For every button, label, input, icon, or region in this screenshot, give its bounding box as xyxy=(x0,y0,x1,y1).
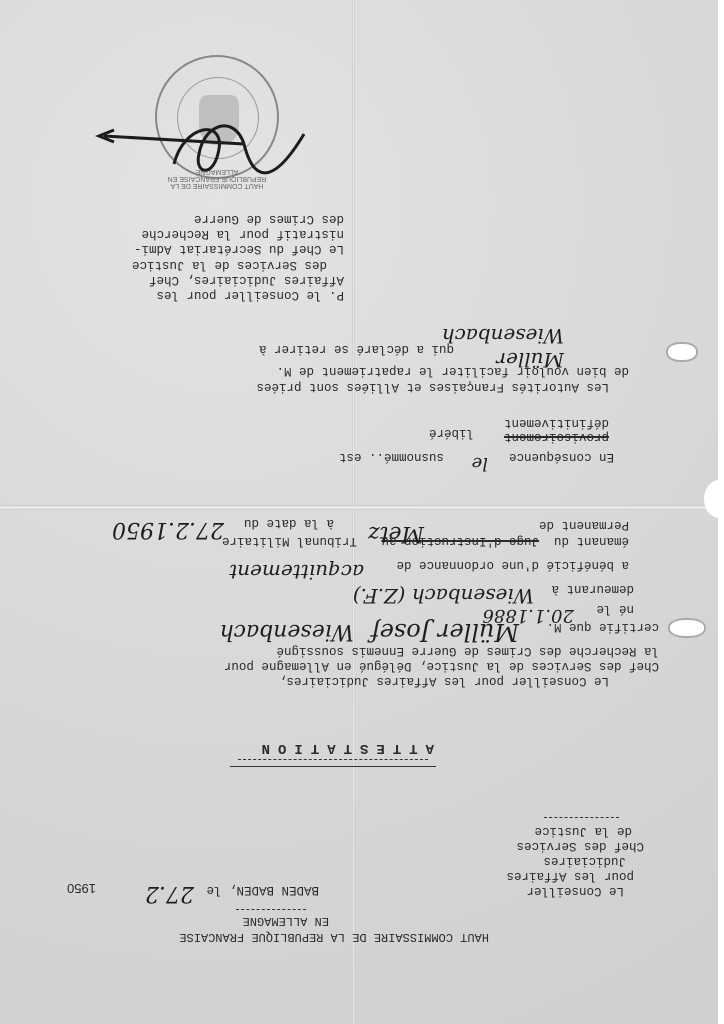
signature-line: Affaires Judiciaires, Chef xyxy=(149,273,344,287)
document-title: ATTESTATION xyxy=(254,740,434,756)
emanant-label: émanant du xyxy=(554,534,629,548)
intro-line-3: la Recherche des Crimes de Guerre Ennemi… xyxy=(276,644,659,658)
sender-line: pour les Affaires xyxy=(506,869,634,883)
libere-label: libéré xyxy=(429,426,474,440)
definitivement-label: définitivement xyxy=(504,416,609,430)
ordonnance-label: a bénéficié d'une ordonnance de xyxy=(396,558,629,572)
autorites-line-2: de bien vouloir faciliter le rapatriemen… xyxy=(276,364,629,378)
intro-line-1: Le Conseiller pour les Affaires Judiciai… xyxy=(279,674,609,688)
document-content-rotated: HAUT COMMISSAIRE DE LA REPUBLIQUE FRANCA… xyxy=(0,0,724,1024)
header-line-2: EN ALLEMAGNE xyxy=(243,914,329,928)
demeurant-label: demeurant à xyxy=(551,582,634,596)
consequence-label: En conséquence xyxy=(509,450,614,464)
year: 1950 xyxy=(67,881,96,896)
header-underline xyxy=(236,909,306,910)
signature-line: des Crimes de Guerre xyxy=(194,212,344,226)
sender-line: Le Conseiller xyxy=(526,884,624,898)
handwritten-decision-date: 27.2.1950 xyxy=(112,517,224,542)
place-label: BADEN BADEN, le xyxy=(206,883,319,897)
sender-line: Chef des Services xyxy=(516,839,644,853)
handwritten-destination: Wiesenbach xyxy=(442,324,564,348)
scanned-document-page: HAUT COMMISSAIRE DE LA REPUBLIQUE FRANCA… xyxy=(0,0,724,1024)
signature-line: P. le Conseiller pour les xyxy=(156,288,344,302)
ne-le-label: né le xyxy=(596,602,634,616)
handwritten-ordonnance: acquittement xyxy=(229,560,364,584)
susnomme-label: susnommé.. est xyxy=(339,450,444,464)
tribunal-label: Tribunal Militaire xyxy=(222,534,357,548)
struck-provisoirement: provisoirement xyxy=(504,430,609,444)
handwritten-article: le xyxy=(472,453,488,474)
sender-line: de la Justice xyxy=(534,824,632,838)
intro-line-2: Chef des Services de la Justice, Délégué… xyxy=(224,659,659,673)
sender-line: Judiciaires xyxy=(543,854,626,868)
sender-underline xyxy=(544,817,619,818)
title-dash xyxy=(238,759,428,760)
signature-line: des Services de la Justice xyxy=(132,258,327,272)
permanent-label: Permanent de xyxy=(539,518,629,532)
autorites-line-1: Les Autorités Françaises et Alliées sont… xyxy=(256,380,609,394)
signature-line: nistratif pour la Recherche xyxy=(141,227,344,241)
signature-line: Le Chef du Secrétariat Admi- xyxy=(134,242,344,256)
handwritten-name-2: Müller xyxy=(496,348,564,372)
declare-label: qui a déclaré se retirer à xyxy=(259,342,454,356)
handwritten-date: 27.2 xyxy=(145,881,194,906)
handwritten-residence: Wiesenbach (Z.F.) xyxy=(353,584,534,608)
date-label: à la date du xyxy=(244,516,334,530)
handwritten-signature xyxy=(84,104,314,194)
handwritten-place-of-birth: Wiesenbach xyxy=(220,619,354,644)
header-line-1: HAUT COMMISSAIRE DE LA REPUBLIQUE FRANCA… xyxy=(179,930,489,944)
handwritten-city: Metz xyxy=(368,521,424,546)
title-rule xyxy=(230,766,436,767)
handwritten-birthdate: 20.1.1886 xyxy=(482,605,574,626)
